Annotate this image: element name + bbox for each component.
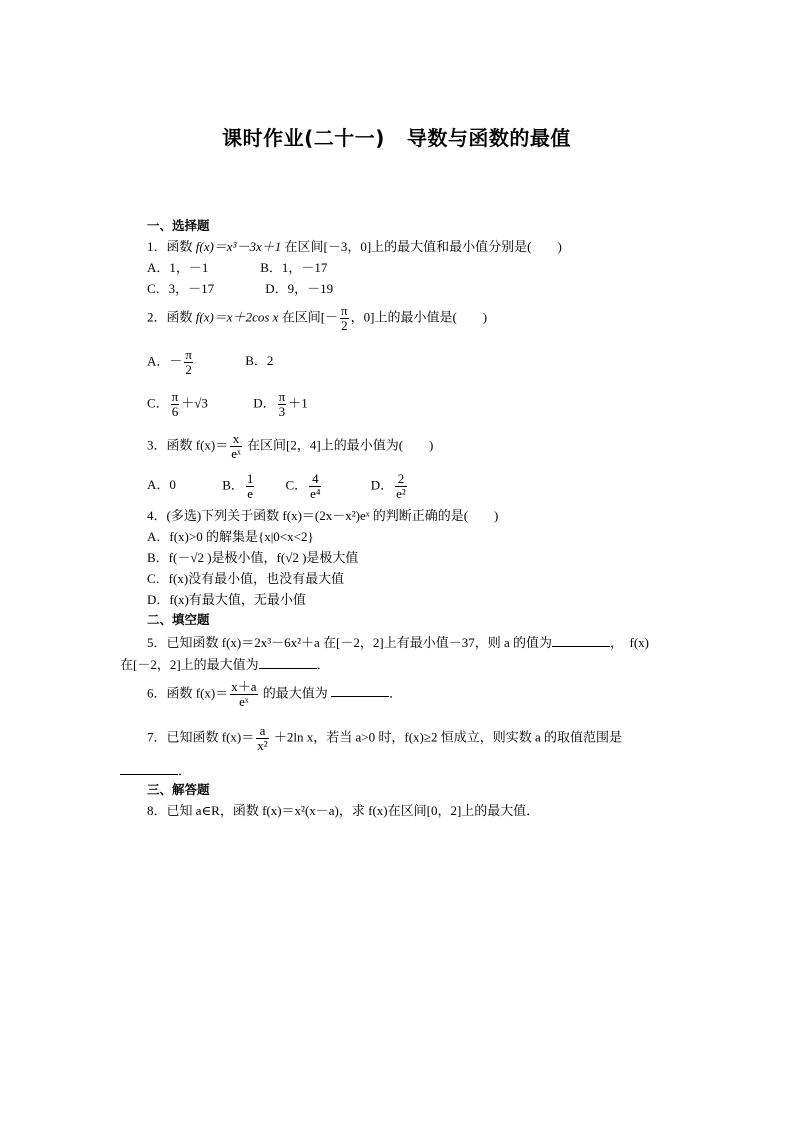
q4-option-b: B．f(－√2 )是极小值，f(√2 )是极大值 [147, 550, 358, 566]
q2-option-d: D．π3＋1 [253, 390, 307, 419]
q6-fraction: x＋aeˣ [230, 680, 257, 709]
question-5-line1: 5．已知函数 f(x)＝2x³－6x²＋a 在[－2，2]上有最小值－37，则 … [147, 634, 649, 651]
question-3-stem: 3．函数 f(x)＝xeˣ 在区间[2，4]上的最小值为( ) [147, 432, 433, 461]
q4-option-d: D．f(x)有最大值，无最小值 [147, 592, 306, 608]
q7-answer-blank[interactable] [120, 762, 178, 775]
q1-option-c: C．3，－17 [147, 281, 262, 297]
section-heading-solve: 三、解答题 [147, 782, 210, 798]
question-2-options-row1: A．－π2 B．2 [147, 348, 273, 377]
question-5-line2: 在[－2，2]上的最大值为． [120, 656, 330, 673]
section-heading-fill: 二、填空题 [147, 612, 210, 628]
q1-formula: f(x)＝x³－3x＋1 [196, 239, 281, 254]
q6-answer-blank[interactable] [331, 684, 389, 697]
q1-option-b: B．1，－17 [260, 260, 327, 276]
q3-option-c: C．4e⁴ [286, 472, 368, 501]
question-7-answer-line: ． [120, 762, 191, 779]
q3-fraction: xeˣ [230, 432, 242, 461]
q5-answer-blank-1[interactable] [552, 634, 610, 647]
question-1-stem: 1．函数 f(x)＝x³－3x＋1 在区间[－3，0]上的最大值和最小值分别是(… [147, 239, 562, 255]
q1-option-a: A．1，－1 [147, 260, 257, 276]
q3-option-b: B．1e [222, 472, 282, 501]
question-4-stem: 4．(多选)下列关于函数 f(x)＝(2x－x²)eˣ 的判断正确的是( ) [147, 508, 498, 524]
q4-option-a: A．f(x)>0 的解集是{x|0<x<2} [147, 529, 314, 545]
question-1-options-row1: A．1，－1 B．1，－17 [147, 260, 327, 276]
question-2-options-row2: C．π6＋√3 D．π3＋1 [147, 390, 308, 419]
q3-option-a: A．0 [147, 477, 219, 493]
q4-option-c: C．f(x)没有最小值，也没有最大值 [147, 571, 344, 587]
q3-option-d: D．2e² [371, 472, 409, 501]
q2-option-b: B．2 [245, 353, 273, 369]
page-title: 课时作业(二十一)导数与函数的最值 [0, 122, 793, 151]
q2-option-c: C．π6＋√3 [147, 390, 250, 419]
q7-fraction: ax² [256, 724, 268, 753]
question-3-options: A．0 B．1e C．4e⁴ D．2e² [147, 472, 409, 501]
q1-option-d: D．9，－19 [265, 281, 333, 297]
q2-fraction: π2 [340, 304, 349, 333]
q2-option-a: A．－π2 [147, 348, 242, 377]
title-sub: 导数与函数的最值 [407, 126, 571, 150]
question-2-stem: 2．函数 f(x)＝x＋2cos x 在区间[－π2，0]上的最小值是( ) [147, 304, 487, 333]
question-7-stem: 7．已知函数 f(x)＝ax² ＋2ln x，若当 a>0 时，f(x)≥2 恒… [147, 724, 622, 753]
section-heading-choice: 一、选择题 [147, 218, 210, 234]
question-1-options-row2: C．3，－17 D．9，－19 [147, 281, 333, 297]
title-main: 课时作业(二十一) [222, 126, 385, 150]
question-8-stem: 8．已知 a∈R，函数 f(x)＝x²(x－a)，求 f(x)在区间[0，2]上… [147, 803, 539, 819]
q5-answer-blank-2[interactable] [259, 656, 317, 669]
question-6-stem: 6．函数 f(x)＝x＋aeˣ 的最大值为 ． [147, 680, 402, 709]
